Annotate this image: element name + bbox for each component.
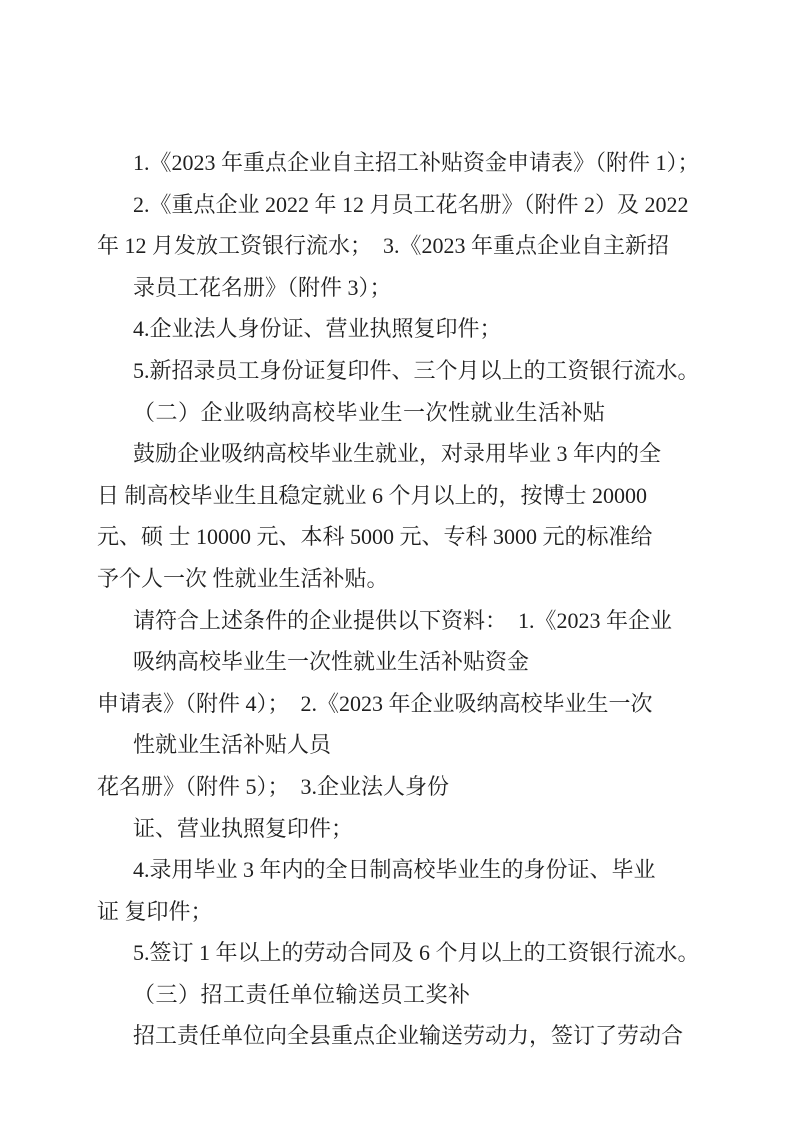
text-line: 证 复印件； [97,891,717,933]
text-line: 5.新招录员工身份证复印件、三个月以上的工资银行流水。 [97,350,717,392]
text-line: 吸纳高校毕业生一次性就业生活补贴资金 [97,641,717,683]
section-heading: （三）招工责任单位输送员工奖补 [97,974,717,1016]
text-line: 申请表》（附件 4）； 2.《2023 年企业吸纳高校毕业生一次 [97,683,717,725]
text-line: 录员工花名册》（附件 3）； [97,267,717,309]
text-line: 招工责任单位向全县重点企业输送劳动力，签订了劳动合 [97,1015,717,1057]
document-page: 1.《2023 年重点企业自主招工补贴资金申请表》（附件 1）；2.《重点企业 … [0,0,793,1122]
text-line: 年 12 月发放工资银行流水； 3.《2023 年重点企业自主新招 [97,225,717,267]
text-line: 日 制高校毕业生且稳定就业 6 个月以上的，按博士 20000 [97,475,717,517]
text-line: 元、硕 士 10000 元、本科 5000 元、专科 3000 元的标准给 [97,516,717,558]
text-line: 证、营业执照复印件； [97,808,717,850]
text-line: 性就业生活补贴人员 [97,724,717,766]
document-body: 1.《2023 年重点企业自主招工补贴资金申请表》（附件 1）；2.《重点企业 … [97,142,717,1057]
text-line: 2.《重点企业 2022 年 12 月员工花名册》（附件 2）及 2022 [97,184,717,226]
text-line: 鼓励企业吸纳高校毕业生就业，对录用毕业 3 年内的全 [97,433,717,475]
text-line: 花名册》（附件 5）； 3.企业法人身份 [97,766,717,808]
text-line: 4.企业法人身份证、营业执照复印件； [97,308,717,350]
text-line: 请符合上述条件的企业提供以下资料： 1.《2023 年企业 [97,600,717,642]
section-heading: （二）企业吸纳高校毕业生一次性就业生活补贴 [97,392,717,434]
text-line: 4.录用毕业 3 年内的全日制高校毕业生的身份证、毕业 [97,849,717,891]
text-line: 予个人一次 性就业生活补贴。 [97,558,717,600]
text-line: 1.《2023 年重点企业自主招工补贴资金申请表》（附件 1）； [97,142,717,184]
text-line: 5.签订 1 年以上的劳动合同及 6 个月以上的工资银行流水。 [97,932,717,974]
